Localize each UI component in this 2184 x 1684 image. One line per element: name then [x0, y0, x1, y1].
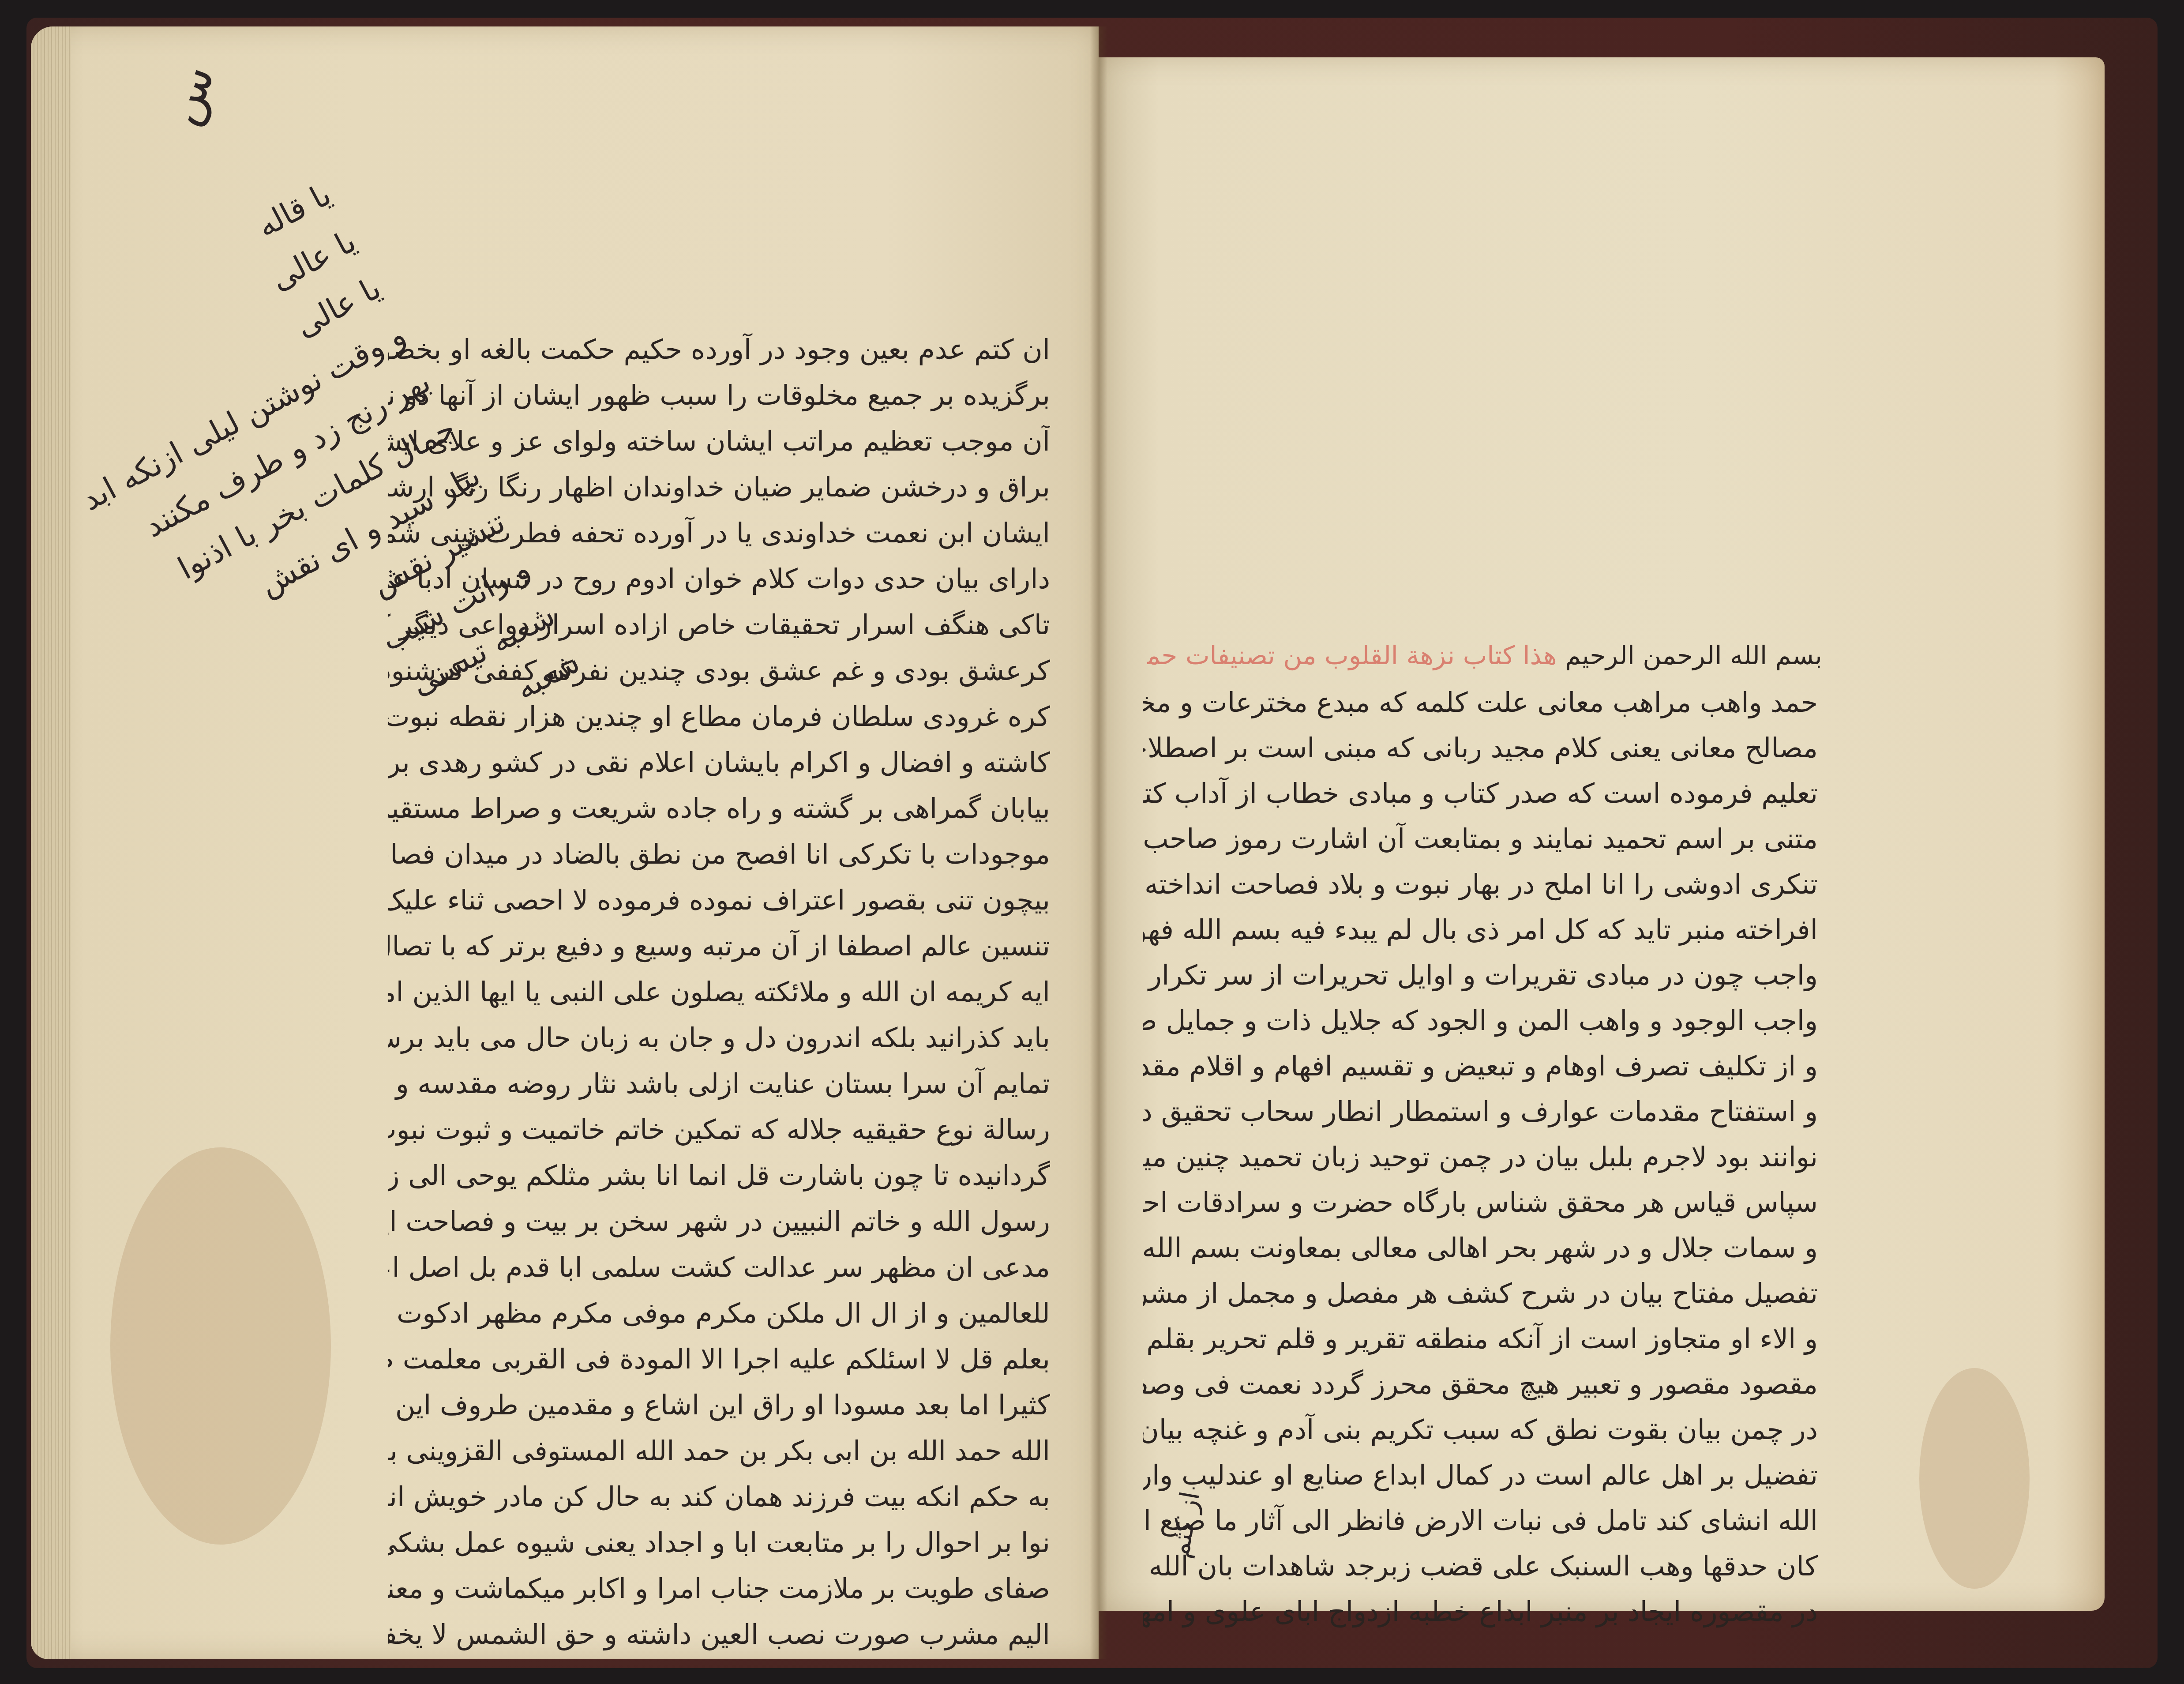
text-line: و سمات جلال و در شهر بحر اهالی معالی بمع… [1143, 1225, 1818, 1271]
text-line: به حکم انکه بیت فرزند همان کند به حال کن… [388, 1474, 1050, 1520]
rubric-title: هذا کتاب نزهة القلوب من تصنیفات حمد الله… [1147, 640, 1557, 670]
text-line: و از تکلیف تصرف اوهام و تبعیض و تقسیم اف… [1143, 1043, 1818, 1089]
text-line: کره غرودی سلطان فرمان مطاع او چندین هزار… [388, 694, 1050, 740]
text-line: الیم مشرب صورت نصب العین داشته و حق الشم… [388, 1612, 1050, 1658]
text-line: نوانند بود لاجرم بلبل بیان در چمن توحید … [1143, 1134, 1818, 1180]
text-line: صفای طویت بر ملازمت جناب امرا و اکابر می… [388, 1566, 1050, 1612]
text-line: حمد واهب مراهب معانی علت کلمه که مبدع مخ… [1143, 680, 1818, 725]
text-line: الله حمد الله بن ابی بکر بن حمد الله الم… [388, 1428, 1050, 1474]
text-line: نوا بر احوال را بر متابعت ابا و اجداد یع… [388, 1520, 1050, 1566]
text-line: گردانیده تا چون باشارت قل انما انا بشر م… [388, 1153, 1050, 1199]
text-line: متنی بر اسم تحمید نمایند و بمتابعت آن اش… [1143, 816, 1818, 861]
text-line: مقصود مقصور و تعبیر هیچ محقق محرز گردد ن… [1143, 1361, 1818, 1407]
text-line: واجب الوجود و واهب المن و الجود که جلایل… [1143, 998, 1818, 1043]
text-line: بعلم قل لا اسئلکم علیه اجرا الا المودة ف… [388, 1336, 1050, 1382]
text-line: الله انشای کند تامل فی نبات الارض فانظر … [1143, 1498, 1818, 1543]
text-line: و الاء او متجاوز است از آنکه منطقه تقریر… [1143, 1316, 1818, 1361]
basmala: بسم الله الرحمن الرحیم [1565, 640, 1822, 670]
text-line: تمایم آن سرا بستان عنایت ازلی باشد نثار … [388, 1061, 1050, 1107]
text-line: مدعی ان مظهر سر عدالت کشت سلمی ابا قدم ب… [388, 1244, 1050, 1290]
text-line: ان کتم عدم بعین وجود در آورده حکیم حکمت … [388, 327, 1050, 372]
text-line: دارای بیان حدی دوات کلام خوان ادوم روح د… [388, 556, 1050, 602]
water-stain [110, 1147, 331, 1545]
text-line: رسالة نوع حقیقیه جلاله که تمکین خاتم خات… [388, 1107, 1050, 1153]
text-line: مصالح معانی یعنی کلام مجید ربانی که مبنی… [1143, 725, 1818, 771]
text-line: تاکی هنگف اسرار تحقیقات خاص ازاده اسرار … [388, 602, 1050, 648]
text-line: تنسین عالم اصطفا از آن مرتبه وسیع و دفیع… [388, 923, 1050, 969]
text-line: تفصیل مفتاح بیان در شرح کشف هر مفصل و مج… [1143, 1271, 1818, 1316]
left-page-fore-edges [31, 26, 71, 1659]
left-page-text-block: ان کتم عدم بعین وجود در آورده حکیم حکمت … [388, 327, 1050, 1658]
water-stain [1919, 1368, 2030, 1589]
text-line: در مقصوره ایجاد بر منبر ابداع خطبه ازدوا… [1143, 1589, 1818, 1634]
text-line: واجب چون در مبادی تقریرات و اوایل تحریرا… [1143, 952, 1818, 998]
right-page-text-block: حمد واهب مراهب معانی علت کلمه که مبدع مخ… [1143, 680, 1818, 1634]
text-line: براق و درخشن ضمایر ضیان خداوندان اظهار ر… [388, 464, 1050, 510]
text-line: کان حدقها وهب السنبک علی قضب زبرجد شاهدا… [1143, 1543, 1818, 1589]
text-line: بیابان گمراهی بر گشته و راه جاده شریعت و… [388, 786, 1050, 831]
rubric-heading: بسم الله الرحمن الرحیم هذا کتاب نزهة الق… [1147, 635, 1822, 675]
text-line: موجودات با تکرکی انا افصح من نطق بالضاد … [388, 831, 1050, 877]
text-line: افراخته منبر تاید که کل امر ذی بال لم یب… [1143, 907, 1818, 952]
text-line: آن موجب تعظیم مراتب ایشان ساخته ولوای عز… [388, 418, 1050, 464]
text-line: رسول الله و خاتم النبیین در شهر سخن بر ب… [388, 1199, 1050, 1244]
text-line: کاشته و افضال و اکرام بایشان اعلام نقی د… [388, 740, 1050, 786]
book-gutter [1090, 26, 1107, 1659]
text-line: باید کذرانید بلکه اندرون دل و جان به زبا… [388, 1015, 1050, 1061]
text-line: تنکری ادوشی را انا املح در بهار نبوت و ب… [1143, 861, 1818, 907]
text-line: للعالمین و از ال ال ملکن مکرم موفی مکرم … [388, 1290, 1050, 1336]
text-line: ایشان ابن نعمت خداوندی یا در آورده تحفه … [388, 510, 1050, 556]
text-line: و استفتاح مقدمات عوارف و استمطار انطار س… [1143, 1089, 1818, 1134]
text-line: تعلیم فرموده است که صدر کتاب و مبادی خطا… [1143, 771, 1818, 816]
text-line: سپاس قیاس هر محقق شناس بارگاه حضرت و سرا… [1143, 1180, 1818, 1225]
text-line: برگزیده بر جمیع مخلوقات را سبب ظهور ایشا… [388, 372, 1050, 418]
text-line: در چمن بیان بقوت نطق که سبب تکریم بنی آد… [1143, 1407, 1818, 1452]
text-line: کثیرا اما بعد مسودا او راق این اشاع و مق… [388, 1382, 1050, 1428]
text-line: بیچون تنی بقصور اعتراف نموده فرموده لا ا… [388, 877, 1050, 923]
text-line: کرعشق بودی و غم عشق بودی چندین نفرکه کفف… [388, 648, 1050, 694]
text-line: ایه کریمه ان الله و ملائکته یصلون علی ال… [388, 969, 1050, 1015]
text-line: تفضیل بر اهل عالم است در کمال ابداع صنای… [1143, 1452, 1818, 1498]
